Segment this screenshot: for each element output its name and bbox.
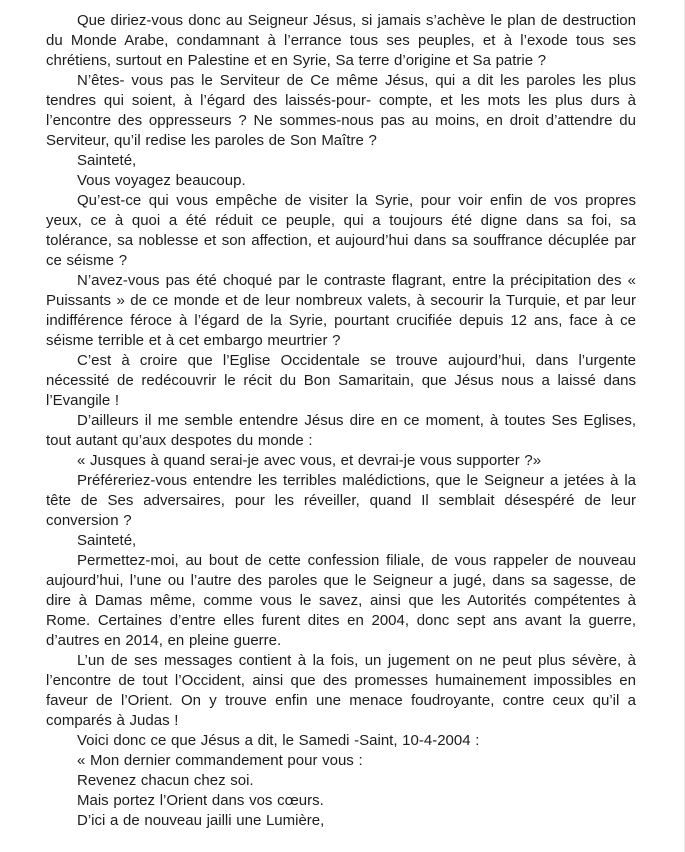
paragraph: D’ici a de nouveau jailli une Lumière,	[46, 811, 636, 831]
paragraph: L’un de ses messages contient à la fois,…	[46, 651, 636, 731]
paragraph: Préféreriez-vous entendre les terribles …	[46, 471, 636, 531]
paragraph: « Jusques à quand serai-je avec vous, et…	[46, 451, 636, 471]
paragraph: Voici donc ce que Jésus a dit, le Samedi…	[46, 731, 636, 751]
paragraph: Que diriez-vous donc au Seigneur Jésus, …	[46, 11, 636, 71]
paragraph: N’êtes- vous pas le Serviteur de Ce même…	[46, 71, 636, 151]
paragraph: Sainteté,	[46, 151, 636, 171]
paragraph: Qu’est-ce qui vous empêche de visiter la…	[46, 191, 636, 271]
paragraph: « Mon dernier commandement pour vous :	[46, 751, 636, 771]
paragraph: Vous voyagez beaucoup.	[46, 171, 636, 191]
paragraph: D’ailleurs il me semble entendre Jésus d…	[46, 411, 636, 451]
paragraph: Revenez chacun chez soi.	[46, 771, 636, 791]
document-page: Que diriez-vous donc au Seigneur Jésus, …	[0, 0, 685, 852]
paragraph: C’est à croire que l’Eglise Occidentale …	[46, 351, 636, 411]
paragraph: Sainteté,	[46, 531, 636, 551]
paragraph: N’avez-vous pas été choqué par le contra…	[46, 271, 636, 351]
paragraph: Mais portez l’Orient dans vos cœurs.	[46, 791, 636, 811]
paragraph: Permettez-moi, au bout de cette confessi…	[46, 551, 636, 651]
